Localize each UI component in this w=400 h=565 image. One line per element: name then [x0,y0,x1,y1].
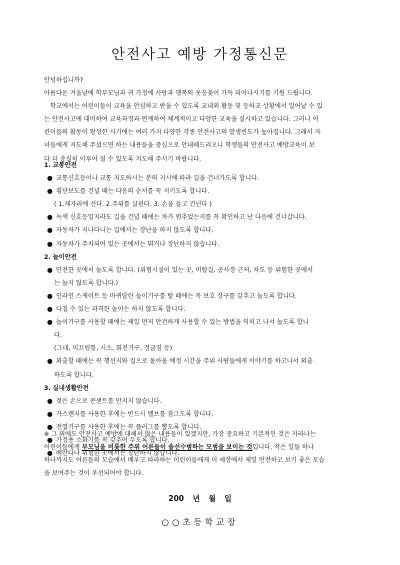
list-item: ●다칠 수 있는 과격한 놀이는 하지 않도록 합니다. [44,303,362,316]
section-heading: 2. 놀이안전 [44,251,362,264]
bullet-icon: ● [47,395,56,408]
document-title: 안전사고 예방 가정통신문 [0,44,400,64]
closing-line-1: ※ 그 외에도 안전사고 예방에 대해서 많은 내용들이 있겠지만, 가장 중요… [44,428,362,441]
list-item: ●녹색 신호등일지라도 길을 건널 때에는 차가 멈추었는지를 꼭 확인하고 난… [44,211,362,224]
principal-signature: ○○초등학교장 [0,516,400,528]
list-item: ●자동차가 주차되어 있는 곳에서는 뛰거나 장난하지 않습니다. [44,238,362,251]
list-item-continuation: 다. [44,329,362,342]
closing-line-3: 하나까지도 어른들의 모습에서 배우고 따라하는 어린이들에게 이 세상에서 제… [44,454,362,467]
bullet-icon: ● [47,290,56,303]
list-item: ●안전한 곳에서 놀도록 합니다. (위험시설이 있는 곳, 비탈길, 공사장 … [44,264,362,277]
intro-line-1: 아름다운 겨울날에 학부모님과 귀 가정에 사랑과 행복의 웃음꽃이 가득 피어… [44,87,362,100]
list-item: ●인라인 스케이트 등 바퀴달린 놀이기구를 탈 때에는 꼭 보호 장구를 갖추… [44,290,362,303]
section-traffic-safety: 1. 교통안전 ●교통신호등이나 교통 지도하시는 분의 지시에 따라 길을 건… [44,159,362,460]
list-item: ●횡단보도를 건널 때는 다음의 순서를 꼭 지키도록 합니다. [44,185,362,198]
section-heading: 1. 교통안전 [44,159,362,172]
closing-line-2: 어린이들에게 부모님을 비롯한 주위 어른들이 솔선수범하는 모범을 보이는 것… [44,441,362,454]
list-item: ●놀이기구를 사용할 때에는 제일 먼저 안전하게 사용할 수 있는 방법을 익… [44,316,362,329]
bullet-icon: ● [47,355,56,368]
intro-line-4: 린이들의 활동이 왕성한 시기에는 여러 가지 다양한 각종 안전사고의 발생빈… [44,126,362,139]
closing-line-4: 을 보여주는 것이 우선되어야 합니다. [44,467,362,480]
list-item-continuation: 는 놀지 않도록 합니다.) [44,277,362,290]
bullet-icon: ● [47,172,56,185]
section-heading: 3. 실내생활안전 [44,382,362,395]
bullet-icon: ● [47,211,56,224]
intro-line-2: 학교에서는 어린이들이 교육을 안심하고 받을 수 있도록 교내외 활동 및 등… [44,100,362,113]
bullet-icon: ● [47,264,56,277]
bullet-icon: ● [47,185,56,198]
bullet-icon: ● [47,408,56,421]
bullet-icon: ● [47,303,56,316]
issue-date: 200 년 월 일 [0,493,400,504]
intro-line-3: 는 안전사고에 대비하여 교육과정과 연계하여 체계적이고 다양한 교육을 실시… [44,113,362,126]
bullet-icon: ● [47,238,56,251]
greeting: 안녕하십니까? [44,74,362,87]
document-page: 안전사고 예방 가정통신문 안녕하십니까? 아름다운 겨울날에 학부모님과 귀 … [0,0,400,565]
bullet-icon: ● [47,224,56,237]
intro-line-5: 녀들에게 지도해 주셨으면 하는 내용들을 중심으로 안내해드리오니 학생들의 … [44,139,362,152]
closing-note: ※ 그 외에도 안전사고 예방에 대해서 많은 내용들이 있겠지만, 가장 중요… [44,428,362,480]
document-body: 안녕하십니까? 아름다운 겨울날에 학부모님과 귀 가정에 사랑과 행복의 웃음… [44,74,362,166]
list-item-continuation: ( 1.제자리에 선다. 2.주위를 살핀다. 3. 손을 들고 건넌다 ) [44,198,362,211]
bullet-icon: ● [47,316,56,329]
list-item: ●교통신호등이나 교통 지도하시는 분의 지시에 따라 길을 건너가도록 합니다… [44,172,362,185]
emphasized-text: 부모님을 비롯한 주위 어른들이 솔선수범하는 모범을 보이는 것 [82,444,252,451]
list-item: ●가스렌지를 사용한 후에는 반드시 밸브를 잠그도록 합니다. [44,408,362,421]
list-item-continuation: 하도록 합니다. [44,369,362,382]
list-item-continuation: (그네, 미끄럼틀, 시소, 회전기구, 정글짐 등) [44,342,362,355]
list-item: ●젖은 손으로 콘센트를 만지지 않습니다. [44,395,362,408]
list-item: ●외출할 때에는 꼭 행선지와 집으로 돌아올 예정 시간을 주위 사람들에게 … [44,355,362,368]
list-item: ●자동차가 지나다니는 길에서는 장난을 하지 않도록 합니다. [44,224,362,237]
